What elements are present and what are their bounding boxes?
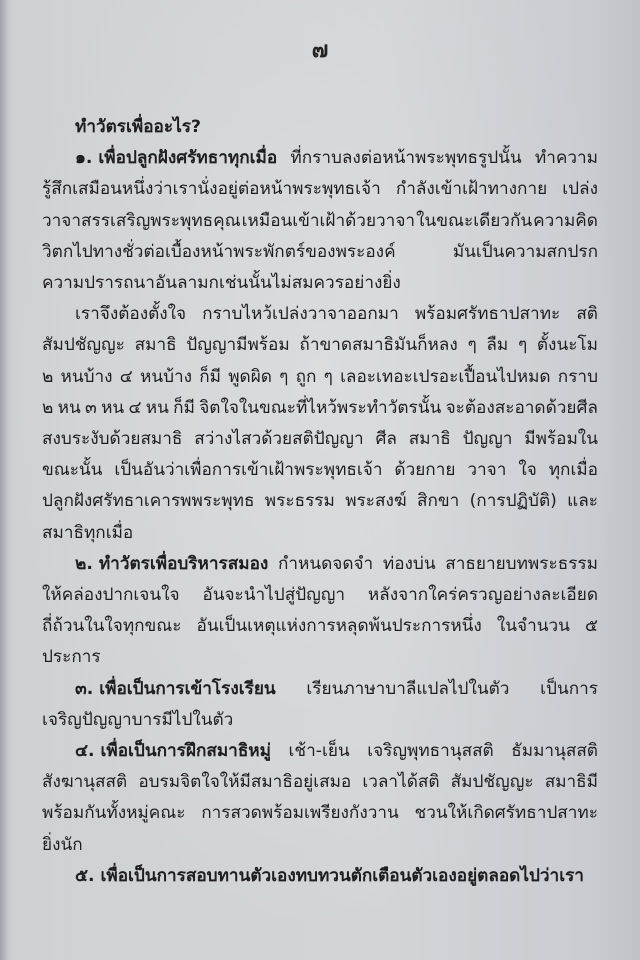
text-line: ยิ่งนัก <box>42 830 598 861</box>
text-line: ๑. เพื่อปลูกฝังศรัทธาทุกเมื่อที่กราบลงต่… <box>42 143 598 174</box>
word: ทุกเมื่อ <box>549 455 598 486</box>
word: การสวดพร้อมเพรียงกังวาน <box>201 798 399 829</box>
word: พร้อมกันทั้งหมู่คณะ <box>42 798 185 829</box>
text-line: พร้อมกันทั้งหมู่คณะการสวดพร้อมเพรียงกังว… <box>42 798 598 829</box>
paragraph-s1: ๑. เพื่อปลูกฝังศรัทธาทุกเมื่อที่กราบลงต่… <box>42 143 598 299</box>
word: ท่องบ่น <box>383 549 436 580</box>
word: ถี่ถ้วนในใจทุกขณะ <box>42 611 181 642</box>
word: ๔ <box>128 393 141 424</box>
word: สมาธิ <box>42 518 84 549</box>
word: ปลูกฝังศรัทธาเคารพพระพุทธ <box>42 486 254 517</box>
word: หน <box>101 393 124 424</box>
text-line: ๒หน๓หน๔หนก็มีจิตใจในขณะที่ไหว้พระทำวัตรน… <box>42 393 598 424</box>
text-line: ๒หนบ้าง๔หนบ้างก็มีพูดผิดๆถูกๆเลอะเทอะเปร… <box>42 362 598 393</box>
word: หน <box>58 393 81 424</box>
text-line: วิตกไปทางชั่วต่อเบื้องหน้าพระพักตร์ของพร… <box>42 237 598 268</box>
word: อบรมจิตใจให้มีสมาธิอยู่เสมอ <box>138 767 351 798</box>
word: ให้คล่องปากเจนใจ <box>42 580 180 611</box>
word: ด้วยกาย <box>394 455 455 486</box>
word: เช้า-เย็น <box>289 736 350 767</box>
word: ในขณะเดียวกัน <box>416 206 532 237</box>
word: ประการ <box>42 642 101 673</box>
text-line: สงบระงับด้วยสมาธิสว่างไสวด้วยสติปัญญาศีล… <box>42 424 598 455</box>
word: เวลาได้สติ <box>362 767 439 798</box>
word: สงบระงับด้วยสมาธิ <box>42 424 182 455</box>
word: ถูก <box>296 362 317 393</box>
word: สิกขา <box>417 486 459 517</box>
word: พร้อมศรัทธาปสาทะ <box>415 299 560 330</box>
word: พระสงฆ์ <box>345 486 406 517</box>
word: หลังจากใคร่ครวญอย่างละเอียด <box>368 580 598 611</box>
book-page: ๗ ทำวัตรเพื่ออะไร? ๑. เพื่อปลูกฝังศรัทธา… <box>0 0 640 960</box>
text-line: เราจึงต้องตั้งใจกราบไหว้เปล่งวาจาออกมาพร… <box>42 299 598 330</box>
sections-container: ๑. เพื่อปลูกฝังศรัทธาทุกเมื่อที่กราบลงต่… <box>42 143 598 892</box>
text-line: ประการ <box>42 642 598 673</box>
text-line: ขณะนั้นเป็นอันว่าเพื่อการเข้าเฝ้าพระพุทธ… <box>42 455 598 486</box>
word: ยิ่งนัก <box>42 830 83 861</box>
bold-item-title: ๓. เพื่อเป็นการเข้าโรงเรียน <box>75 674 276 705</box>
word: สังฆานุสสติ <box>42 767 127 798</box>
word: กราบ <box>558 362 598 393</box>
text-line: สมาธิ ทุกเมื่อ <box>42 518 598 549</box>
text-line: ๕. เพื่อเป็นการสอบทานตัวเองทบทวนตักเตือน… <box>42 861 598 892</box>
word: วิตกไปทางชั่วต่อเบื้องหน้าพระพักตร์ของพร… <box>42 237 396 268</box>
word: ขณะนั้น <box>42 455 102 486</box>
word: ก็มี <box>173 393 195 424</box>
word: มันเป็นความสกปรก <box>453 237 598 268</box>
word: อันเป็นเหตุแห่งการหลุดพ้นประการหนึ่ง <box>197 611 482 642</box>
text-line: ให้คล่องปากเจนใจอันจะนำไปสู่ปัญญาหลังจาก… <box>42 580 598 611</box>
word: (การปฏิบัติ) <box>470 486 557 517</box>
word: ๕ <box>585 611 598 642</box>
word: ๆ <box>467 330 476 361</box>
word: สมาธิ <box>135 330 177 361</box>
word: ปัญญามีพร้อม <box>186 330 289 361</box>
word: ในจำนวน <box>497 611 570 642</box>
word: เรียนภาษาบาลีแปลไปในตัว <box>306 674 509 705</box>
text-line: ความปรารถนาอันลามกเช่นนั้น ไม่สมควรอย่าง… <box>42 268 598 299</box>
paragraph-s2: ๒. ทำวัตรเพื่อบริหารสมองกำหนดจดจำท่องบ่น… <box>42 549 598 674</box>
word: เป็นการ <box>540 674 598 705</box>
word: หน <box>146 393 169 424</box>
word: ก็มี <box>199 362 221 393</box>
word: พูดผิด <box>228 362 272 393</box>
paragraph-s4: ๔. เพื่อเป็นการฝึกสมาธิหมู่เช้า-เย็นเจริ… <box>42 736 598 861</box>
word: วาจาสรรเสริญพระพุทธคุณ <box>42 206 241 237</box>
word: ใจ <box>518 455 536 486</box>
text-line: ๔. เพื่อเป็นการฝึกสมาธิหมู่เช้า-เย็นเจริ… <box>42 736 598 767</box>
text-line: เจริญปัญญาบารมีไปในตัว <box>42 705 598 736</box>
word: จะต้องสะอาดด้วยศีล <box>446 393 598 424</box>
text-line: ถี่ถ้วนในใจทุกขณะอันเป็นเหตุแห่งการหลุดพ… <box>42 611 598 642</box>
word: อันจะนำไปสู่ปัญญา <box>202 580 345 611</box>
text-line: ๒. ทำวัตรเพื่อบริหารสมองกำหนดจดจำท่องบ่น… <box>42 549 598 580</box>
word: กำลังเข้าเฝ้าทางกาย <box>396 174 547 205</box>
text-line: สัมปชัญญะสมาธิปัญญามีพร้อมถ้าขาดสมาธิมัน… <box>42 330 598 361</box>
text-line: สังฆานุสสติอบรมจิตใจให้มีสมาธิอยู่เสมอเว… <box>42 767 598 798</box>
word: ๒ <box>42 362 53 393</box>
word: ถ้าขาดสมาธิมันก็หลง <box>299 330 457 361</box>
word: สมาธิมี <box>545 767 598 798</box>
word: สติ <box>576 299 598 330</box>
word: ๒ <box>42 393 53 424</box>
word: ความปรารถนาอันลามกเช่นนั้น <box>42 268 272 299</box>
paragraph-s1b: เราจึงต้องตั้งใจกราบไหว้เปล่งวาจาออกมาพร… <box>42 299 598 549</box>
word: วาจา <box>467 455 506 486</box>
page-binding-edge <box>0 0 8 960</box>
word: เปล่ง <box>562 174 598 205</box>
word: หนบ้าง <box>61 362 113 393</box>
word: ๆ <box>518 330 527 361</box>
word: ๆ <box>279 362 288 393</box>
word: ความคิด <box>533 206 598 237</box>
word: ไม่สมควรอย่างยิ่ง <box>272 268 401 299</box>
word: ๓ <box>85 393 97 424</box>
bold-item-title: ๑. เพื่อปลูกฝังศรัทธาทุกเมื่อ <box>75 143 277 174</box>
word: กำหนดจดจำ <box>278 549 373 580</box>
word: เป็นอันว่าเพื่อการเข้าเฝ้าพระพุทธเจ้า <box>114 455 382 486</box>
word: ทำความ <box>535 143 598 174</box>
word: รู้สึกเสมือนหนึ่งว่าเรานั่งอยู่ต่อหน้าพร… <box>42 174 381 205</box>
page-content: ทำวัตรเพื่ออะไร? ๑. เพื่อปลูกฝังศรัทธาทุ… <box>42 112 598 892</box>
text-line: ปลูกฝังศรัทธาเคารพพระพุทธพระธรรมพระสงฆ์ส… <box>42 486 598 517</box>
paragraph-s3: ๓. เพื่อเป็นการเข้าโรงเรียนเรียนภาษาบาลี… <box>42 674 598 736</box>
section-heading: ทำวัตรเพื่ออะไร? <box>42 112 598 143</box>
bold-item-title: ๔. เพื่อเป็นการฝึกสมาธิหมู่ <box>75 736 271 767</box>
text-line: รู้สึกเสมือนหนึ่งว่าเรานั่งอยู่ต่อหน้าพร… <box>42 174 598 205</box>
page-number: ๗ <box>0 32 640 67</box>
text-line: วาจาสรรเสริญพระพุทธคุณเหมือนเข้าเฝ้าด้วย… <box>42 206 598 237</box>
word: เลอะเทอะเปรอะเปื้อนไปหมด <box>340 362 551 393</box>
word: สมาธิ <box>409 424 451 455</box>
word: ตั้งนะโม <box>537 330 598 361</box>
word: มีพร้อมใน <box>524 424 598 455</box>
bold-item-title: ๒. ทำวัตรเพื่อบริหารสมอง <box>75 549 268 580</box>
word: ปัญญา <box>463 424 513 455</box>
word: เหมือนเข้าเฝ้าด้วยวาจา <box>242 206 415 237</box>
word: กราบไหว้เปล่งวาจาออกมา <box>202 299 399 330</box>
word: ที่กราบลงต่อหน้าพระพุทธรูปนั้น <box>290 143 521 174</box>
word: จิตใจในขณะที่ไหว้พระทำวัตรนั้น <box>199 393 441 424</box>
word: ๆ <box>324 362 333 393</box>
word: พระธรรม <box>265 486 335 517</box>
word: หนบ้าง <box>140 362 192 393</box>
word: ลืม <box>486 330 508 361</box>
word: เจริญพุทธานุสสติ <box>367 736 494 767</box>
word: สัมปชัญญะ <box>42 330 125 361</box>
text-line: ๓. เพื่อเป็นการเข้าโรงเรียนเรียนภาษาบาลี… <box>42 674 598 705</box>
word: ทุกเมื่อ <box>84 518 133 549</box>
word: สว่างไสวด้วยสติปัญญา <box>194 424 363 455</box>
word: เราจึงต้องตั้งใจ <box>75 299 186 330</box>
bold-item-title: ๕. เพื่อเป็นการสอบทานตัวเองทบทวนตักเตือน… <box>75 861 584 892</box>
word: และ <box>567 486 598 517</box>
paragraph-s5: ๕. เพื่อเป็นการสอบทานตัวเองทบทวนตักเตือน… <box>42 861 598 892</box>
word: สาธยายบทพระธรรม <box>445 549 598 580</box>
word: สัมปชัญญะ <box>451 767 534 798</box>
word: ชวนให้เกิดศรัทธาปสาทะ <box>415 798 598 829</box>
word: ธัมมานุสสติ <box>511 736 598 767</box>
word: ศีล <box>375 424 396 455</box>
word: ๔ <box>120 362 133 393</box>
word: เจริญปัญญาบารมีไปในตัว <box>42 705 233 736</box>
